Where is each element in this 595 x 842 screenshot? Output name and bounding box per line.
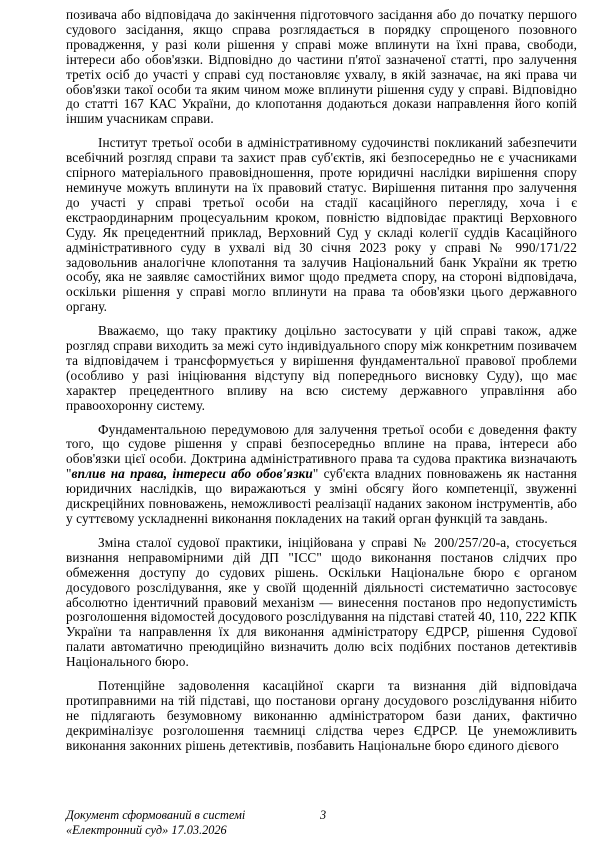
document-page: позивача або відповідача до закінчення п…	[0, 0, 595, 842]
paragraph-third-party-institute: Інститут третьої особи в адміністративно…	[66, 136, 577, 315]
paragraph-continuation: позивача або відповідача до закінчення п…	[66, 8, 577, 127]
document-body: позивача або відповідача до закінчення п…	[66, 8, 577, 763]
paragraph-practice-application: Вважаємо, що таку практику доцільно заст…	[66, 324, 577, 413]
paragraph-fundamental-precondition: Фундаментальною передумовою для залученн…	[66, 423, 577, 527]
emphasized-quote: вплив на права, інтереси або обов'язки	[72, 466, 313, 481]
footer-line-2: «Електронний суд» 17.03.2026	[66, 823, 316, 838]
footer-stamp: Документ сформований в системі «Електрон…	[66, 808, 316, 838]
page-number: 3	[320, 808, 326, 823]
footer-line-1: Документ сформований в системі	[66, 808, 316, 823]
paragraph-practice-change: Зміна сталої судової практики, ініційова…	[66, 536, 577, 670]
paragraph-potential-consequences: Потенційне задоволення касаційної скарги…	[66, 679, 577, 754]
